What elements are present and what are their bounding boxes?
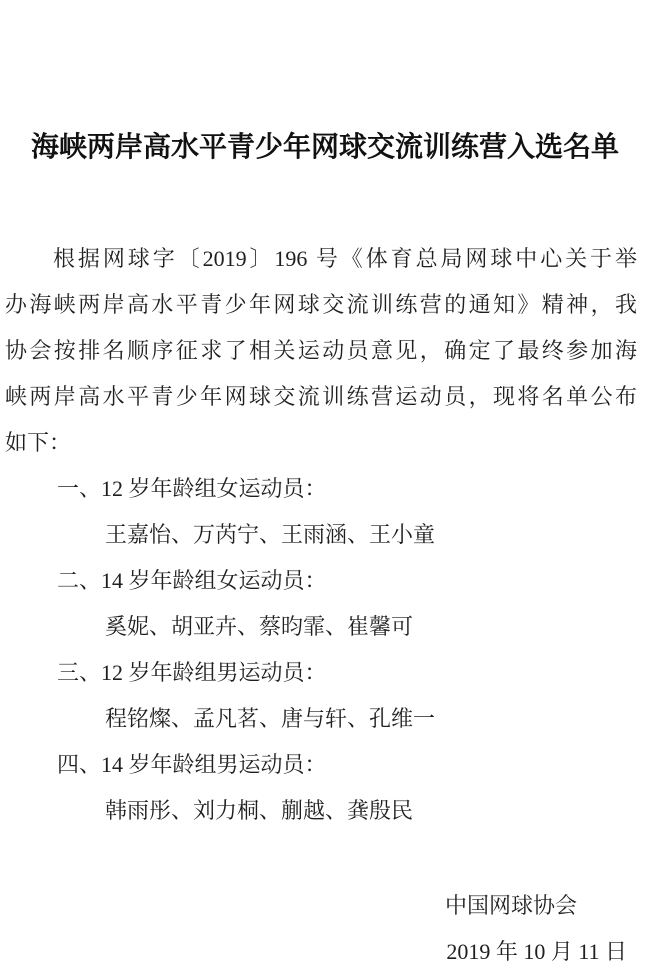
signature-date: 2019 年 10 月 11 日 — [0, 929, 650, 967]
paragraph-line: 办海峡两岸高水平青少年网球交流训练营的通知》精神，我 — [5, 282, 637, 328]
signature-organization: 中国网球协会 — [0, 883, 650, 929]
paragraph-line: 根据网球字〔2019〕196 号《体育总局网球中心关于举 — [5, 236, 637, 282]
section-heading: 三、12 岁年龄组男运动员： — [57, 650, 637, 696]
section-girls-u14: 二、14 岁年龄组女运动员： 奚妮、胡亚卉、蔡昀霏、崔馨可 — [5, 558, 637, 650]
signature-block: 中国网球协会 2019 年 10 月 11 日 — [0, 883, 650, 967]
section-boys-u12: 三、12 岁年龄组男运动员： 程铭燦、孟凡茗、唐与轩、孔维一 — [5, 650, 637, 742]
section-girls-u12: 一、12 岁年龄组女运动员： 王嘉怡、万芮宁、王雨涵、王小童 — [5, 466, 637, 558]
paragraph-line: 峡两岸高水平青少年网球交流训练营运动员，现将名单公布 — [5, 374, 637, 420]
section-heading: 二、14 岁年龄组女运动员： — [57, 558, 637, 604]
document-title: 海峡两岸高水平青少年网球交流训练营入选名单 — [0, 0, 650, 165]
section-names: 韩雨彤、刘力桐、蒯越、龚殷民 — [105, 788, 637, 834]
section-heading: 一、12 岁年龄组女运动员： — [57, 466, 637, 512]
section-names: 程铭燦、孟凡茗、唐与轩、孔维一 — [105, 696, 637, 742]
document-page: 海峡两岸高水平青少年网球交流训练营入选名单 根据网球字〔2019〕196 号《体… — [0, 0, 650, 967]
section-names: 奚妮、胡亚卉、蔡昀霏、崔馨可 — [105, 604, 637, 650]
section-boys-u14: 四、14 岁年龄组男运动员： 韩雨彤、刘力桐、蒯越、龚殷民 — [5, 742, 637, 834]
paragraph-line: 协会按排名顺序征求了相关运动员意见，确定了最终参加海 — [5, 328, 637, 374]
section-heading: 四、14 岁年龄组男运动员： — [57, 742, 637, 788]
intro-paragraph: 根据网球字〔2019〕196 号《体育总局网球中心关于举 办海峡两岸高水平青少年… — [5, 236, 637, 466]
paragraph-line: 如下： — [5, 420, 637, 466]
selection-list: 一、12 岁年龄组女运动员： 王嘉怡、万芮宁、王雨涵、王小童 二、14 岁年龄组… — [5, 466, 637, 834]
section-names: 王嘉怡、万芮宁、王雨涵、王小童 — [105, 512, 637, 558]
